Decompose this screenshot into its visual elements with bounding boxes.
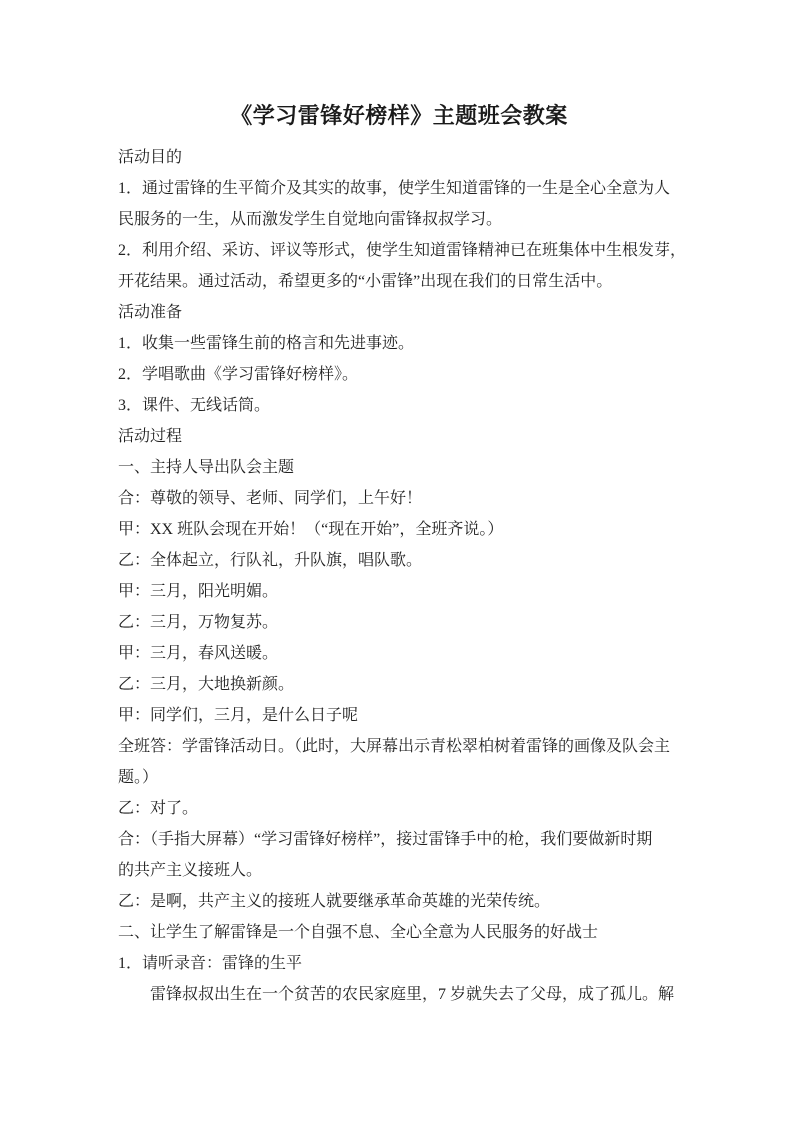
doc-line: 一、主持人导出队会主题	[118, 452, 680, 483]
document-page: 《学习雷锋好榜样》主题班会教案 活动目的 1．通过雷锋的生平简介及其实的故事，使…	[0, 0, 793, 1122]
doc-line: 合：尊敬的领导、老师、同学们，上午好！	[118, 483, 680, 514]
doc-line: 全班答：学雷锋活动日。（此时，大屏幕出示青松翠柏树着雷锋的画像及队会主	[118, 731, 680, 762]
document-body: 《学习雷锋好榜样》主题班会教案 活动目的 1．通过雷锋的生平简介及其实的故事，使…	[118, 99, 680, 1010]
doc-line: 民服务的一生，从而激发学生自觉地向雷锋叔叔学习。	[118, 204, 680, 235]
doc-line: 乙：是啊，共产主义的接班人就要继承革命英雄的光荣传统。	[118, 886, 680, 917]
doc-line: 甲：三月，阳光明媚。	[118, 576, 680, 607]
doc-line: 开花结果。通过活动，希望更多的“小雷锋”出现在我们的日常生活中。	[118, 266, 680, 297]
doc-line: 乙：三月，万物复苏。	[118, 607, 680, 638]
doc-line: 活动目的	[118, 142, 680, 173]
doc-line: 活动过程	[118, 421, 680, 452]
doc-line: 3．课件、无线话筒。	[118, 390, 680, 421]
doc-line: 题。）	[118, 762, 680, 793]
doc-line: 2．利用介绍、采访、评议等形式，使学生知道雷锋精神已在班集体中生根发芽，	[118, 235, 680, 266]
doc-line: 1．收集一些雷锋生前的格言和先进事迹。	[118, 328, 680, 359]
doc-line: 雷锋叔叔出生在一个贫苦的农民家庭里，7 岁就失去了父母，成了孤儿。解	[118, 979, 680, 1010]
doc-line: 合：（手指大屏幕）“学习雷锋好榜样”，接过雷锋手中的枪，我们要做新时期	[118, 824, 680, 855]
doc-line: 甲：XX 班队会现在开始！（“现在开始”，全班齐说。）	[118, 514, 680, 545]
doc-line: 乙：对了。	[118, 793, 680, 824]
doc-line: 乙：三月，大地换新颜。	[118, 669, 680, 700]
doc-line: 甲：同学们，三月，是什么日子呢	[118, 700, 680, 731]
doc-line: 活动准备	[118, 297, 680, 328]
doc-line: 乙：全体起立，行队礼，升队旗，唱队歌。	[118, 545, 680, 576]
doc-line: 的共产主义接班人。	[118, 855, 680, 886]
doc-line: 二、让学生了解雷锋是一个自强不息、全心全意为人民服务的好战士	[118, 917, 680, 948]
doc-line: 1．通过雷锋的生平简介及其实的故事，使学生知道雷锋的一生是全心全意为人	[118, 173, 680, 204]
doc-line: 2．学唱歌曲《学习雷锋好榜样》。	[118, 359, 680, 390]
doc-line: 甲：三月，春风送暖。	[118, 638, 680, 669]
doc-line: 1．请听录音：雷锋的生平	[118, 948, 680, 979]
document-title: 《学习雷锋好榜样》主题班会教案	[118, 99, 680, 132]
